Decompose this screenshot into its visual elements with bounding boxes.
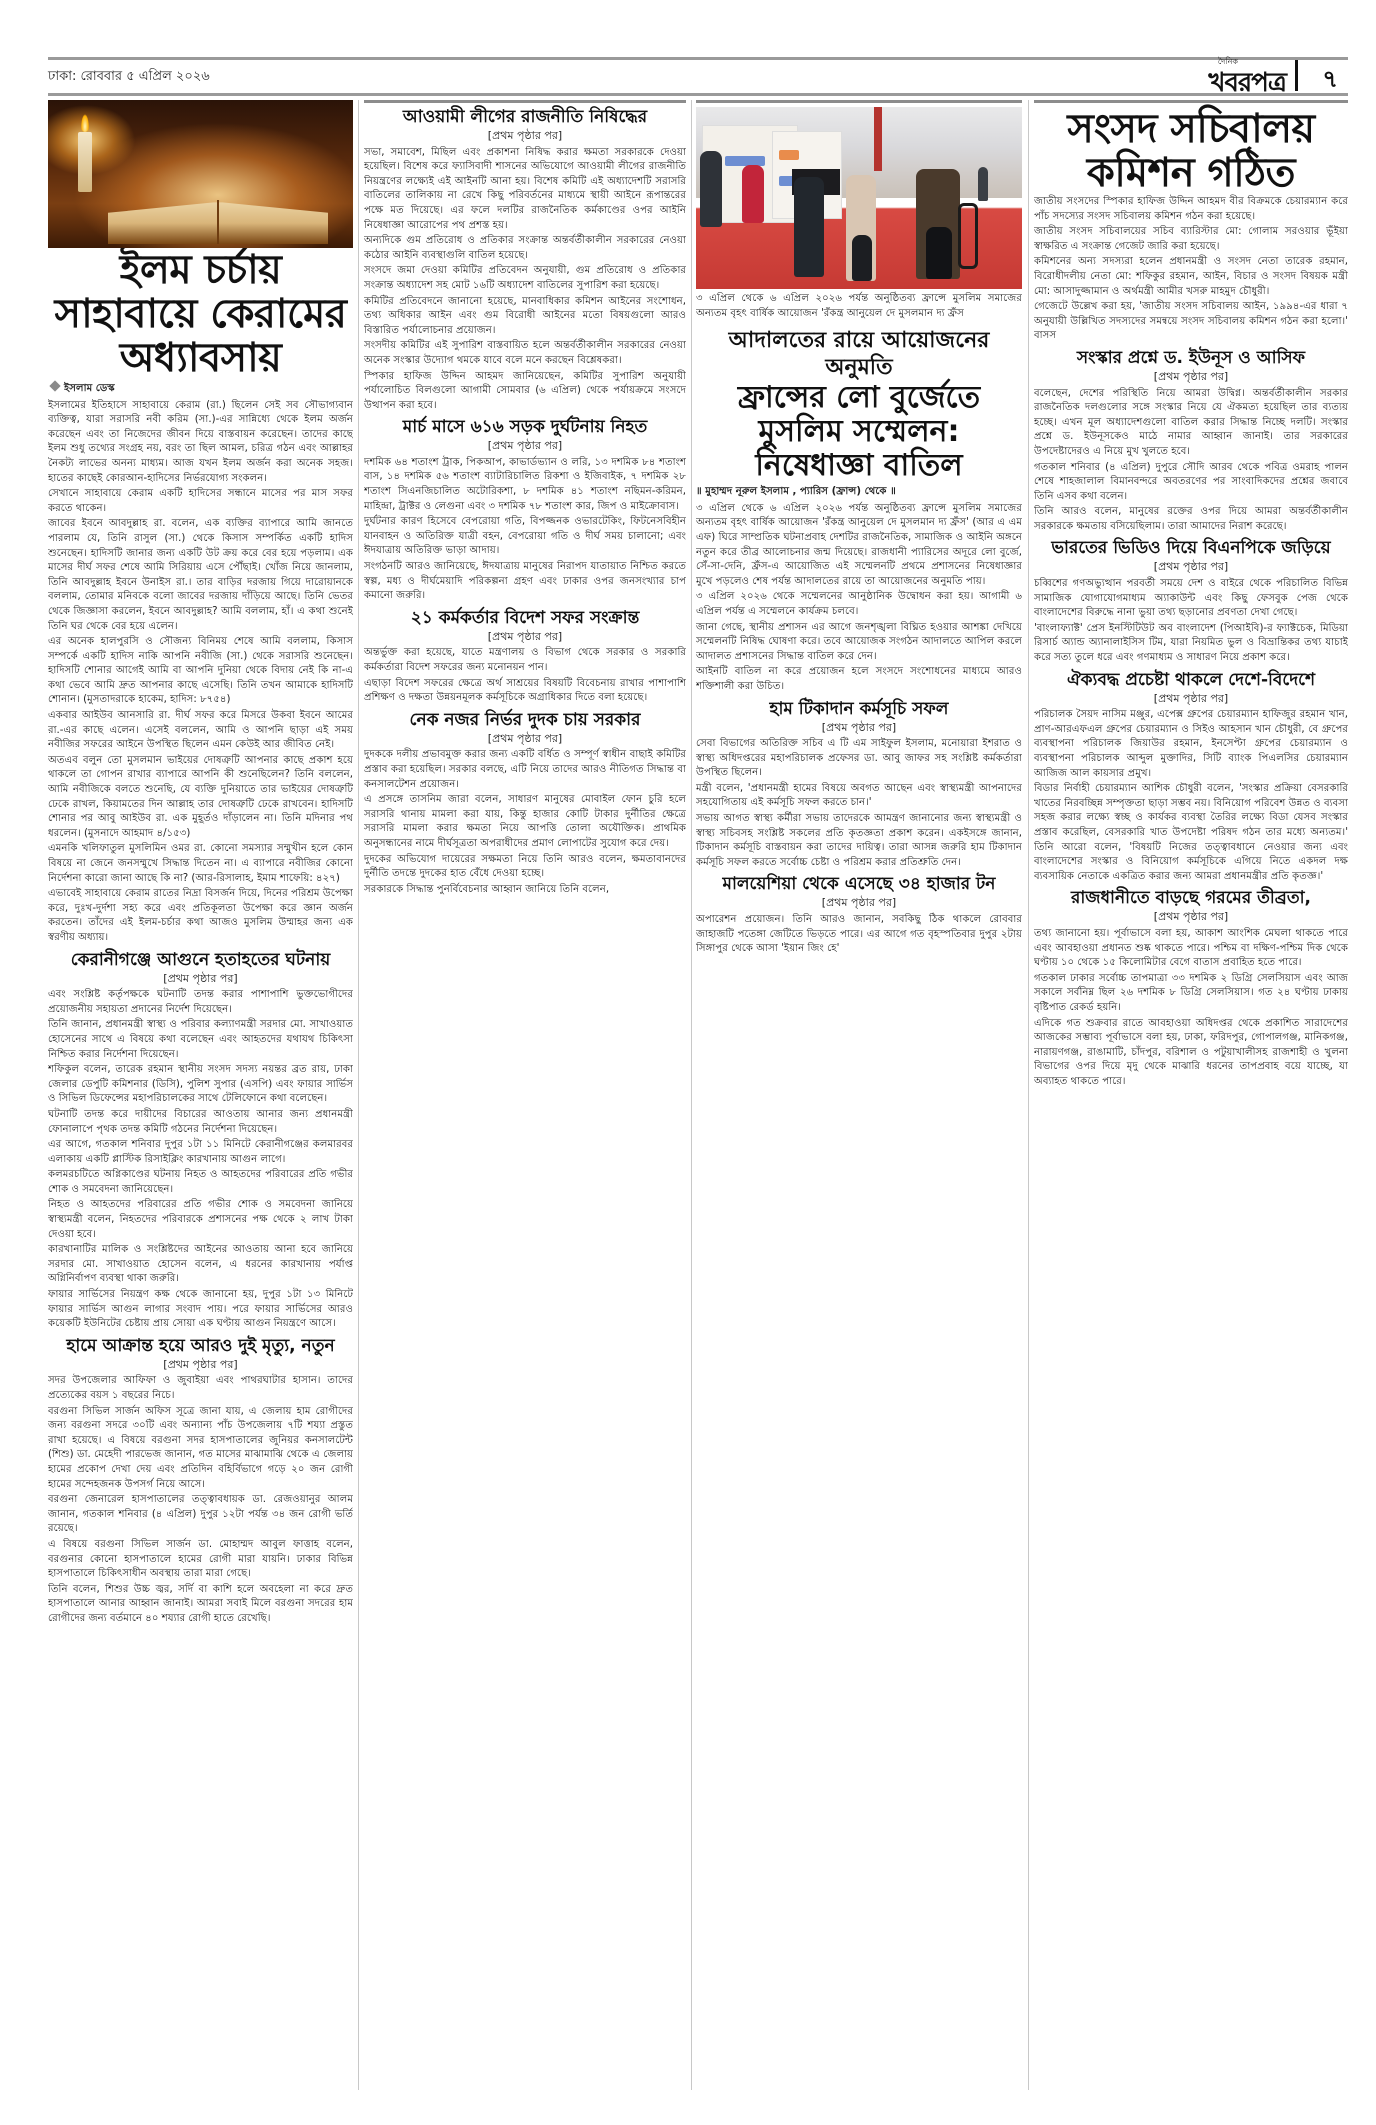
article-malaysia-import: মালয়েশিয়া থেকে এসেছে ৩৪ হাজার টন [প্রথ… xyxy=(696,874,1022,956)
paragraph: দুর্ঘটনার কারণ হিসেবে বেপরোয়া গতি, বিপজ… xyxy=(364,515,686,559)
paragraph: ইসলামের ইতিহাসে সাহাবায়ে কেরাম (রা.) ছি… xyxy=(48,399,353,487)
article-officials-foreign-tour: ২১ কর্মকর্তার বিদেশ সফর সংক্রান্ত [প্রথম… xyxy=(364,608,686,706)
continued-label: [প্রথম পৃষ্ঠার পর] xyxy=(48,1358,353,1373)
paragraph: অপারেশন প্রয়োজন। তিনি আরও জানান, সবকিছু… xyxy=(696,913,1022,957)
paragraph: দুদককে দলীয় প্রভাবমুক্ত করার জন্য একটি … xyxy=(364,748,686,792)
paragraph: দুদকের অভিযোগ দায়েরের সক্ষমতা নিয়ে তিন… xyxy=(364,853,686,882)
column-divider xyxy=(691,100,692,2090)
column-2: আওয়ামী লীগের রাজনীতি নিষিদ্ধের [প্রথম প… xyxy=(364,100,686,2090)
stroller-icon xyxy=(958,203,978,269)
paragraph: সরকারকে সিদ্ধান্ত পুনর্বিবেচনার আহ্বান জ… xyxy=(364,883,686,898)
paragraph: জাতীয় সংসদ সচিবালয়ের সচিব ব্যারিস্টার … xyxy=(1034,225,1348,254)
paragraph: গতকাল শনিবার (৪ এপ্রিল) দুপুরে সৌদি আরব … xyxy=(1034,461,1348,505)
article-headline[interactable]: রাজধানীতে বাড়ছে গরমের তীব্রতা, xyxy=(1034,888,1348,909)
paragraph: তথ্য জানানো হয়। পূর্বাভাসে বলা হয়, আকা… xyxy=(1034,927,1348,971)
continued-label: [প্রথম পৃষ্ঠার পর] xyxy=(48,972,353,987)
candle-icon xyxy=(78,132,92,192)
visitor-figure xyxy=(926,227,952,279)
column-4: সংসদ সচিবালয় কমিশন গঠিত জাতীয় সংসদের স… xyxy=(1034,100,1348,2090)
article-ilm: ইলম চর্চায় সাহাবায়ে কেরামের অধ্যাবসায়… xyxy=(48,248,353,946)
paragraph: সভা, সমাবেশ, মিছিল এবং প্রকাশনা নিষিদ্ধ … xyxy=(364,146,686,234)
paragraph: জানা গেছে, স্থানীয় প্রশাসন এর আগে জনশৃঙ… xyxy=(696,621,1022,665)
paragraph: নিহত ও আহতদের পরিবারের প্রতি গভীর শোক ও … xyxy=(48,1198,353,1242)
column-top-rule xyxy=(1034,100,1348,103)
paragraph: মন্ত্রী বলেন, 'প্রধানমন্ত্রী হামের বিষয়… xyxy=(696,782,1022,811)
article-measles-vaccination: হাম টিকাদান কর্মসূচি সফল [প্রথম পৃষ্ঠার … xyxy=(696,699,1022,871)
paragraph: সেবা বিভাগের অতিরিক্ত সচিব এ টি এম সাইফু… xyxy=(696,737,1022,781)
article-headline[interactable]: ভারতের ভিডিও দিয়ে বিএনপিকে জড়িয়ে xyxy=(1034,538,1348,559)
paragraph: সংগঠনটি আরও জানিয়েছে, ঈদযাত্রায় মানুষে… xyxy=(364,560,686,604)
paragraph: জাতীয় সংসদের স্পিকার হাফিজ উদ্দিন আহমদ … xyxy=(1034,195,1348,224)
continued-label: [প্রথম পৃষ্ঠার পর] xyxy=(364,129,686,144)
book-candle-photo xyxy=(48,100,353,248)
booth-sign xyxy=(779,150,799,160)
paragraph: অন্তর্ভুক্ত করা হয়েছে, যাতে মন্ত্রণালয়… xyxy=(364,646,686,675)
paragraph: তিনি জানান, প্রধানমন্ত্রী স্বাস্থ্য ও পর… xyxy=(48,1018,353,1062)
booth-sign xyxy=(725,156,765,166)
paragraph: এবং সংশ্লিষ্ট কর্তৃপক্ষকে ঘটনাটি তদন্ত ক… xyxy=(48,988,353,1017)
article-headline[interactable]: হাম টিকাদান কর্মসূচি সফল xyxy=(696,699,1022,720)
visitor-figure xyxy=(742,165,764,223)
red-pillar xyxy=(874,107,882,171)
paragraph: অতএব বলুন তো মুসলমান ভাইয়ের দোষত্রুটি আ… xyxy=(48,754,353,842)
paragraph: এছাড়া বিদেশ সফরের ক্ষেত্রে অর্থ সাশ্রয়… xyxy=(364,677,686,706)
continued-label: [প্রথম পৃষ্ঠার পর] xyxy=(364,439,686,454)
article-parliament-secretariat-commission: সংসদ সচিবালয় কমিশন গঠিত জাতীয় সংসদের স… xyxy=(1034,107,1348,344)
logo-separator xyxy=(1295,60,1298,91)
paragraph: সংসদে জমা দেওয়া কমিটির প্রতিবেদন অনুযায… xyxy=(364,264,686,293)
paragraph: দশমিক ৬৪ শতাংশ ট্রাক, পিকআপ, কাভার্ডভ্যা… xyxy=(364,456,686,514)
paragraph: ৩ এপ্রিল থেকে ৬ এপ্রিল ২০২৬ পর্যন্ত অনুষ… xyxy=(696,502,1022,590)
paragraph: গেজেটে উল্লেখ করা হয়, 'জাতীয় সংসদ সচিব… xyxy=(1034,300,1348,344)
masthead: ঢাকা: রোববার ৫ এপ্রিল ২০২৬ দৈনিক খবরপত্র… xyxy=(48,57,1348,97)
article-headline[interactable]: মার্চ মাসে ৬১৬ সড়ক দুর্ঘটনায় নিহত xyxy=(364,417,686,438)
visitor-figure xyxy=(794,177,824,277)
article-headline[interactable]: কেরানীগঞ্জে আগুনে হতাহতের ঘটনায় xyxy=(48,950,353,971)
masthead-top-rule xyxy=(48,57,1348,60)
article-headline[interactable]: আওয়ামী লীগের রাজনীতি নিষিদ্ধের xyxy=(364,107,686,128)
continued-label: [প্রথম পৃষ্ঠার পর] xyxy=(1034,560,1348,575)
article-awami-league-ban: আওয়ামী লীগের রাজনীতি নিষিদ্ধের [প্রথম প… xyxy=(364,107,686,413)
article-heat-wave: রাজধানীতে বাড়ছে গরমের তীব্রতা, [প্রথম প… xyxy=(1034,888,1348,1089)
paragraph: আইনটি বাতিল না করে প্রয়োজন হলে সংসদে সং… xyxy=(696,665,1022,694)
paragraph: ঘটনাটি তদন্ত করে দায়ীদের বিচারের আওতায়… xyxy=(48,1108,353,1137)
column-3: ৩ এপ্রিল থেকে ৬ এপ্রিল ২০২৬ পর্যন্ত অনুষ… xyxy=(696,100,1022,2090)
column-1: ইলম চর্চায় সাহাবায়ে কেরামের অধ্যাবসায়… xyxy=(48,100,353,2090)
continued-label: [প্রথম পৃষ্ঠার পর] xyxy=(696,721,1022,736)
masthead-bottom-rule xyxy=(48,93,1348,96)
article-india-video-bnp: ভারতের ভিডিও দিয়ে বিএনপিকে জড়িয়ে [প্র… xyxy=(1034,538,1348,665)
article-headline[interactable]: সংসদ সচিবালয় কমিশন গঠিত xyxy=(1034,107,1348,195)
paragraph: অন্যদিকে গুম প্রতিরোধ ও প্রতিকার সংক্রান… xyxy=(364,234,686,263)
paragraph: বিডার নির্বাহী চেয়ারম্যান আশিক চৌধুরী ব… xyxy=(1034,782,1348,884)
paragraph: কারখানাটির মালিক ও সংশ্লিষ্টদের আইনের আও… xyxy=(48,1243,353,1287)
visitor-figure xyxy=(700,151,722,227)
column-divider xyxy=(358,100,359,2090)
flame-icon xyxy=(81,114,89,132)
continued-label: [প্রথম পৃষ্ঠার পর] xyxy=(1034,370,1348,385)
paragraph: এ প্রসঙ্গে তাসনিম জারা বলেন, সাধারণ মানু… xyxy=(364,793,686,851)
dateline: ঢাকা: রোববার ৫ এপ্রিল ২০২৬ xyxy=(48,67,210,88)
paragraph: বলেছেন, দেশের পরিস্থিতি নিয়ে আমরা উদ্বি… xyxy=(1034,387,1348,460)
continued-label: [প্রথম পৃষ্ঠার পর] xyxy=(696,896,1022,911)
paragraph: সংসদীয় কমিটির এই সুপারিশ বাস্তবায়িত হল… xyxy=(364,339,686,368)
newspaper-logo[interactable]: দৈনিক খবরপত্র xyxy=(1156,57,1286,93)
article-reform-yunus-asif: সংস্কার প্রশ্নে ড. ইউনূস ও আসিফ [প্রথম প… xyxy=(1034,348,1348,535)
column-top-rule xyxy=(696,100,1022,103)
byline-text: ইসলাম ডেস্ক xyxy=(64,383,115,394)
paragraph: সেখানে সাহাবায়ে কেরাম একটি হাদিসের সন্ধ… xyxy=(48,487,353,516)
article-le-bourget-muslim-conference: আদালতের রায়ে আয়োজনের অনুমতি ফ্রান্সের … xyxy=(696,327,1022,694)
paragraph: চব্বিশের গণঅভ্যুত্থান পরবর্তী সময়ে দেশ … xyxy=(1034,577,1348,621)
article-acc: নেক নজর নির্ভর দুদক চায় সরকার [প্রথম পৃ… xyxy=(364,710,686,898)
article-measles-deaths: হামে আক্রান্ত হয়ে আরও দুই মৃত্যু, নতুন … xyxy=(48,1336,353,1627)
paragraph: সভায় আগত স্বাস্থ্য কর্মীরা সভায় তাদেরক… xyxy=(696,812,1022,870)
article-headline[interactable]: হামে আক্রান্ত হয়ে আরও দুই মৃত্যু, নতুন xyxy=(48,1336,353,1357)
continued-label: [প্রথম পৃষ্ঠার পর] xyxy=(1034,692,1348,707)
paragraph: কমিটির প্রতিবেদনে জানানো হয়েছে, মানবাধি… xyxy=(364,295,686,339)
photo-caption: ৩ এপ্রিল থেকে ৬ এপ্রিল ২০২৬ পর্যন্ত অনুষ… xyxy=(696,292,1022,321)
paragraph: এর আগে, গতকাল শনিবার দুপুর ১টা ১১ মিনিটে… xyxy=(48,1138,353,1167)
paragraph: এর অনেক হালপুরসি ও সৌজন্য বিনিময় শেষে আ… xyxy=(48,635,353,708)
diamond-bullet-icon xyxy=(49,380,60,391)
visitor-figure xyxy=(852,235,872,281)
paragraph: কমিশনের অন্য সদস্যরা হলেন প্রধানমন্ত্রী … xyxy=(1034,255,1348,299)
paragraph: বরগুনা জেনারেল হাসপাতালের তত্ত্বাবধায়ক … xyxy=(48,1493,353,1537)
article-byline: ॥ মুহাম্মদ নূরুল ইসলাম , প্যারিস (ফ্রান্… xyxy=(696,485,1022,500)
continued-label: [প্রথম পৃষ্ঠার পর] xyxy=(364,630,686,645)
expo-hall-photo xyxy=(696,107,1022,289)
paragraph: শফিকুল বলেন, তারেক রহমান স্থানীয় সংসদ স… xyxy=(48,1063,353,1107)
paragraph: এদিকে গত শুক্রবার রাতে আবহাওয়া অধিদপ্তর… xyxy=(1034,1017,1348,1090)
book-spine xyxy=(217,200,219,244)
article-keraniganj-fire: কেরানীগঞ্জে আগুনে হতাহতের ঘটনায় [প্রথম … xyxy=(48,950,353,1332)
paragraph: এভাবেই সাহাবায়ে কেরাম রাতের নিদ্রা বিসর… xyxy=(48,887,353,945)
article-headline[interactable]: ফ্রান্সের লো বুর্জেতে মুসলিম সম্মেলন: নি… xyxy=(696,381,1022,483)
article-byline: ইসলাম ডেস্ক xyxy=(48,382,353,397)
article-kicker: আদালতের রায়ে আয়োজনের অনুমতি xyxy=(696,327,1022,381)
column-top-rule xyxy=(364,100,686,103)
paragraph: পরিচালক সৈয়দ নাসিম মঞ্জুর, এপেক্স গ্রুপ… xyxy=(1034,708,1348,781)
paragraph: তিনি আরও বলেন, মানুষের রক্তের ওপর দিয়ে … xyxy=(1034,505,1348,534)
paragraph: একবার আইউব আনসারি রা. দীর্ঘ সফর করে মিসর… xyxy=(48,709,353,753)
article-headline[interactable]: নেক নজর নির্ভর দুদক চায় সরকার xyxy=(364,710,686,731)
paragraph: 'বাংলাফ্যাক্ট' প্রেস ইনস্টিটিউট অব বাংলা… xyxy=(1034,622,1348,666)
paragraph: সদর উপজেলার আফিফা ও জুবাইয়া এবং পাথরঘাট… xyxy=(48,1374,353,1403)
article-headline[interactable]: ২১ কর্মকর্তার বিদেশ সফর সংক্রান্ত xyxy=(364,608,686,629)
column-divider xyxy=(1028,100,1029,2090)
paragraph: কলমরচটিতে অগ্নিকাণ্ডের ঘটনায় নিহত ও আহত… xyxy=(48,1168,353,1197)
paragraph: গতকাল ঢাকার সর্বোচ্চ তাপমাত্রা ৩৩ দশমিক … xyxy=(1034,972,1348,1016)
visitor-figure xyxy=(978,167,988,201)
paragraph: জাবের ইবনে আবদুল্লাহ রা. বলেন, এক ব্যক্ত… xyxy=(48,517,353,634)
article-headline[interactable]: মালয়েশিয়া থেকে এসেছে ৩৪ হাজার টন xyxy=(696,874,1022,895)
paragraph: বরগুনা সিভিল সার্জন অফিস সূত্রে জানা যায… xyxy=(48,1405,353,1493)
paragraph: এমনকি খলিফাতুল মুসলিমিন ওমর রা. কোনো সমস… xyxy=(48,842,353,886)
article-headline[interactable]: সংস্কার প্রশ্নে ড. ইউনূস ও আসিফ xyxy=(1034,348,1348,369)
paragraph: ফায়ার সার্ভিসের নিয়ন্ত্রণ কক্ষ থেকে জা… xyxy=(48,1288,353,1332)
article-headline[interactable]: ঐক্যবদ্ধ প্রচেষ্টা থাকলে দেশে-বিদেশে xyxy=(1034,670,1348,691)
continued-label: [প্রথম পৃষ্ঠার পর] xyxy=(1034,910,1348,925)
article-united-efforts: ঐক্যবদ্ধ প্রচেষ্টা থাকলে দেশে-বিদেশে [প্… xyxy=(1034,670,1348,885)
article-headline[interactable]: ইলম চর্চায় সাহাবায়ে কেরামের অধ্যাবসায় xyxy=(48,248,353,380)
continued-label: [প্রথম পৃষ্ঠার পর] xyxy=(364,732,686,747)
paragraph: স্পিকার হাফিজ উদ্দিন আহমদ জানিয়েছেন, কম… xyxy=(364,370,686,414)
newspaper-page: ঢাকা: রোববার ৫ এপ্রিল ২০২৬ দৈনিক খবরপত্র… xyxy=(48,0,1348,2125)
paragraph: এ বিষয়ে বরগুনা সিভিল সার্জন ডা. মোহাম্ম… xyxy=(48,1538,353,1582)
article-road-accidents: মার্চ মাসে ৬১৬ সড়ক দুর্ঘটনায় নিহত [প্র… xyxy=(364,417,686,604)
paragraph: তিনি বলেন, শিশুর উচ্চ জ্বর, সর্দি বা কাশ… xyxy=(48,1583,353,1627)
paragraph: ৩ এপ্রিল ২০২৬ থেকে সম্মেলনের আনুষ্ঠানিক … xyxy=(696,590,1022,619)
